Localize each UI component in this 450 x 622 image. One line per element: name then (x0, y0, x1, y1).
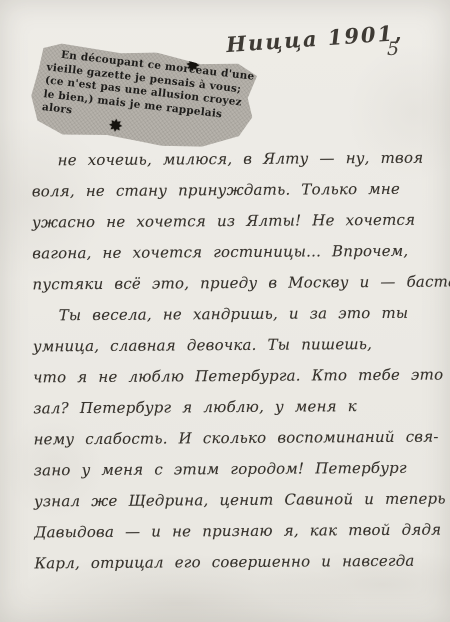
letter-line: Давыдова — и не признаю я, как твой дядя (34, 515, 428, 549)
clipping-text: En découpant ce morceau d'unevieille gaz… (29, 39, 258, 140)
newspaper-clipping: ✸ ✸ ✸ En découpant ce morceau d'unevieil… (27, 39, 258, 156)
letter-body: не хочешь, милюся, в Ялту — ну, твояволя… (31, 143, 428, 580)
letter-line: умница, славная девочка. Ты пишешь, (33, 329, 427, 363)
star-icon: ✸ (25, 53, 41, 72)
letter-line: узнал же Щедрина, ценит Савиной и теперь (34, 484, 428, 518)
letter-line: воля, не стану принуждать. Только мне (32, 174, 426, 208)
date-annotation: Ницца 1901, (225, 20, 404, 57)
letter-line: Карл, отрицал его совершенно и навсегда (34, 546, 428, 580)
letter-page: ✸ ✸ ✸ En découpant ce morceau d'unevieil… (0, 0, 450, 622)
letter-line: что я не люблю Петербурга. Кто тебе это … (33, 360, 427, 394)
letter-line: ужасно не хочется из Ялты! Не хочется (32, 205, 426, 239)
letter-line: зал? Петербург я люблю, у меня к (33, 391, 427, 425)
letter-line: не хочешь, милюся, в Ялту — ну, твоя (31, 143, 425, 177)
star-icon: ✸ (107, 118, 123, 137)
star-icon: ✸ (185, 57, 201, 76)
letter-line: вагона, не хочется гостиницы... Впрочем, (32, 236, 426, 270)
letter-line: нему слабость. И сколько воспоминаний св… (33, 422, 427, 456)
letter-line: зано у меня с этим городом! Петербург (34, 453, 428, 487)
letter-line: Ты весела, не хандришь, и за это ты (33, 298, 427, 332)
letter-line: пустяки всё это, приеду в Москву и — бас… (32, 267, 426, 301)
sheet-number: 5 (387, 38, 399, 60)
